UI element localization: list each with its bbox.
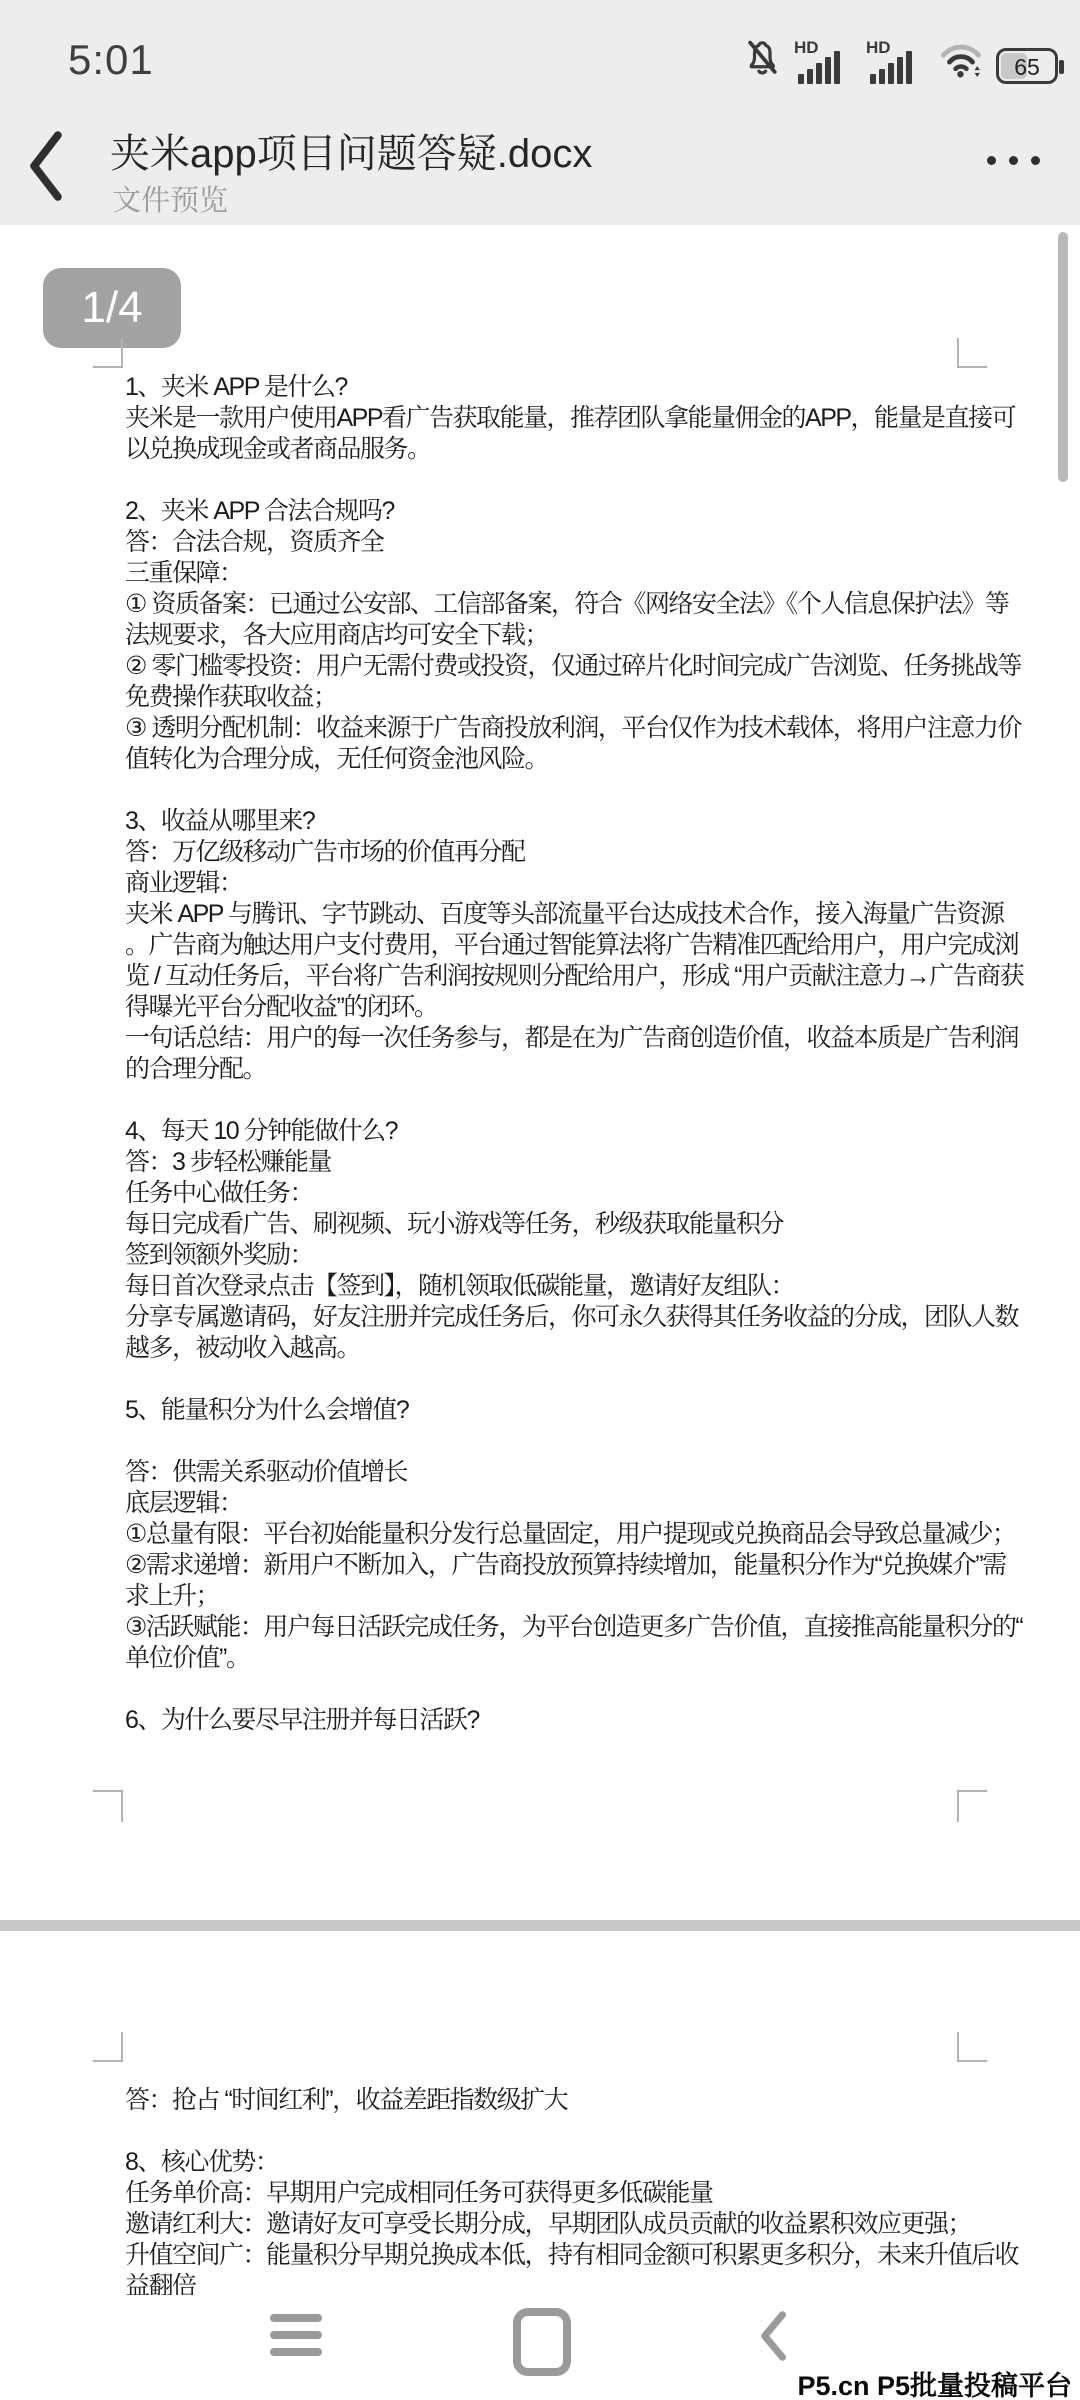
doc-line: 答：合法合规，资质齐全 [125,527,1023,558]
doc-line: ③ 透明分配机制：收益来源于广告商投放利润，平台仅作为技术载体，将用户注意力价 [125,713,1023,744]
crop-mark [93,1790,123,1792]
doc-line: 每日完成看广告、刷视频、玩小游戏等任务，秒级获取能量积分 [125,1209,1023,1240]
doc-line: 升值空间广：能量积分早期兑换成本低，持有相同金额可积累更多积分，未来升值后收 [125,2240,1018,2271]
doc-line: 底层逻辑： [125,1488,1023,1519]
doc-line: 每日首次登录点击【签到】，随机领取低碳能量，邀请好友组队： [125,1271,1023,1302]
doc-line: 答：3 步轻松赚能量 [125,1147,1023,1178]
doc-line: 6、为什么要尽早注册并每日活跃? [125,1705,1023,1736]
crop-mark [957,2060,987,2062]
doc-line: ②需求递增：新用户不断加入，广告商投放预算持续增加，能量积分作为“兑换媒介”需 [125,1550,1023,1581]
crop-mark [957,1792,959,1822]
battery-icon: 65 [996,48,1058,84]
battery-nub [1059,60,1064,74]
doc-line: 得曝光平台分配收益”的闭环。 [125,992,1023,1023]
doc-line: 任务单价高：早期用户完成相同任务可获得更多低碳能量 [125,2178,1018,2209]
doc-line [125,1426,1023,1457]
doc-line: 3、收益从哪里来? [125,806,1023,837]
scrollbar-thumb[interactable] [1058,232,1068,482]
doc-line: 夹米 APP 与腾讯、字节跳动、百度等头部流量平台达成技术合作，接入海量广告资源 [125,899,1023,930]
doc-line: 越多，被动收入越高。 [125,1333,1023,1364]
doc-line: 签到领额外奖励： [125,1240,1023,1271]
crop-mark [121,2032,123,2062]
doc-line: ①总量有限：平台初始能量积分发行总量固定，用户提现或兑换商品会导致总量减少； [125,1519,1023,1550]
doc-line: 一句话总结：用户的每一次任务参与，都是在为广告商创造价值，收益本质是广告利润 [125,1023,1023,1054]
doc-line: 分享专属邀请码，好友注册并完成任务后，你可永久获得其任务收益的分成，团队人数 [125,1302,1023,1333]
doc-line [125,2116,1018,2147]
doc-line [125,1674,1023,1705]
doc-line: 三重保障： [125,558,1023,589]
doc-line: 商业逻辑： [125,868,1023,899]
doc-line [125,1085,1023,1116]
doc-line: 的合理分配。 [125,1054,1023,1085]
battery-percent: 65 [999,54,1055,81]
doc-line: 免费操作获取收益； [125,682,1023,713]
doc-line: 览 / 互动任务后，平台将广告利润按规则分配给用户，形成 “用户贡献注意力→广告… [125,961,1023,992]
crop-mark [957,2032,959,2062]
doc-line [125,1364,1023,1395]
page-divider [0,1920,1080,1931]
crop-mark [121,338,123,368]
mute-bell-icon [744,37,782,84]
more-menu-button[interactable] [981,150,1046,171]
doc-line: 8、核心优势： [125,2147,1018,2178]
doc-line: 。广告商为触达用户支付费用，平台通过智能算法将广告精准匹配给用户，用户完成浏 [125,930,1023,961]
doc-line: 4、每天 10 分钟能做什么? [125,1116,1023,1147]
document-page-1-text: 1、夹米 APP 是什么?夹米是一款用户使用APP看广告获取能量，推荐团队拿能量… [125,372,1023,1736]
status-icons: HD HD [744,38,1058,84]
doc-line [125,465,1023,496]
doc-line: 邀请红利大：邀请好友可享受长期分成，早期团队成员贡献的收益累积效应更强； [125,2209,1018,2240]
sim2-signal-icon: HD [866,38,926,84]
watermark-text: P5.cn P5批量投稿平台 [797,2364,1072,2400]
doc-line: 益翻倍 [125,2271,196,2295]
doc-line: ① 资质备案：已通过公安部、工信部备案，符合《网络安全法》《个人信息保护法》等 [125,589,1023,620]
back-button[interactable] [24,128,84,208]
sim1-signal-icon: HD [794,38,854,84]
doc-line: 1、夹米 APP 是什么? [125,372,1023,403]
nav-menu-button[interactable] [270,2314,322,2356]
doc-line: 2、夹米 APP 合法合规吗? [125,496,1023,527]
page-indicator-badge: 1/4 [43,268,181,348]
doc-line: ② 零门槛零投资：用户无需付费或投资，仅通过碎片化时间完成广告浏览、任务挑战等 [125,651,1023,682]
nav-back-button[interactable] [758,2310,788,2367]
doc-line: 值转化为合理分成，无任何资金池风险。 [125,744,1023,775]
page-title: 夹米app项目问题答疑.docx [110,122,592,179]
doc-line: 法规要求，各大应用商店均可安全下载； [125,620,1023,651]
doc-line: 求上升； [125,1581,1023,1612]
phone-screen: 5:01 HD HD [0,0,1080,2400]
page-subtitle: 文件预览 [112,178,228,219]
doc-line [125,775,1023,806]
crop-mark [957,338,959,368]
document-clipped-line: 益翻倍 [125,2271,196,2295]
document-page-2-text: 答：抢占 “时间红利”，收益差距指数级扩大 8、核心优势：任务单价高：早期用户完… [125,2085,1018,2271]
crop-mark [93,2060,123,2062]
doc-line: 夹米是一款用户使用APP看广告获取能量，推荐团队拿能量佣金的APP，能量是直接可 [125,403,1023,434]
document-preview[interactable]: 1/4 1、夹米 APP 是什么?夹米是一款用户使用APP看广告获取能量，推荐团… [0,225,1080,2400]
doc-line: 答：供需关系驱动价值增长 [125,1457,1023,1488]
crop-mark [121,1792,123,1822]
doc-line: 答：抢占 “时间红利”，收益差距指数级扩大 [125,2085,1018,2116]
doc-line: 5、能量积分为什么会增值? [125,1395,1023,1426]
doc-line: 以兑换成现金或者商品服务。 [125,434,1023,465]
status-clock: 5:01 [68,36,154,84]
doc-line: 答：万亿级移动广告市场的价值再分配 [125,837,1023,868]
doc-line: ③活跃赋能：用户每日活跃完成任务，为平台创造更多广告价值，直接推高能量积分的“ [125,1612,1023,1643]
crop-mark [957,1790,987,1792]
doc-line: 单位价值”。 [125,1643,1023,1674]
wifi-icon [938,37,984,84]
top-bar: 5:01 HD HD [0,0,1080,225]
crop-mark [93,366,123,368]
doc-line: 任务中心做任务： [125,1178,1023,1209]
crop-mark [957,366,987,368]
nav-home-button[interactable] [513,2308,571,2376]
